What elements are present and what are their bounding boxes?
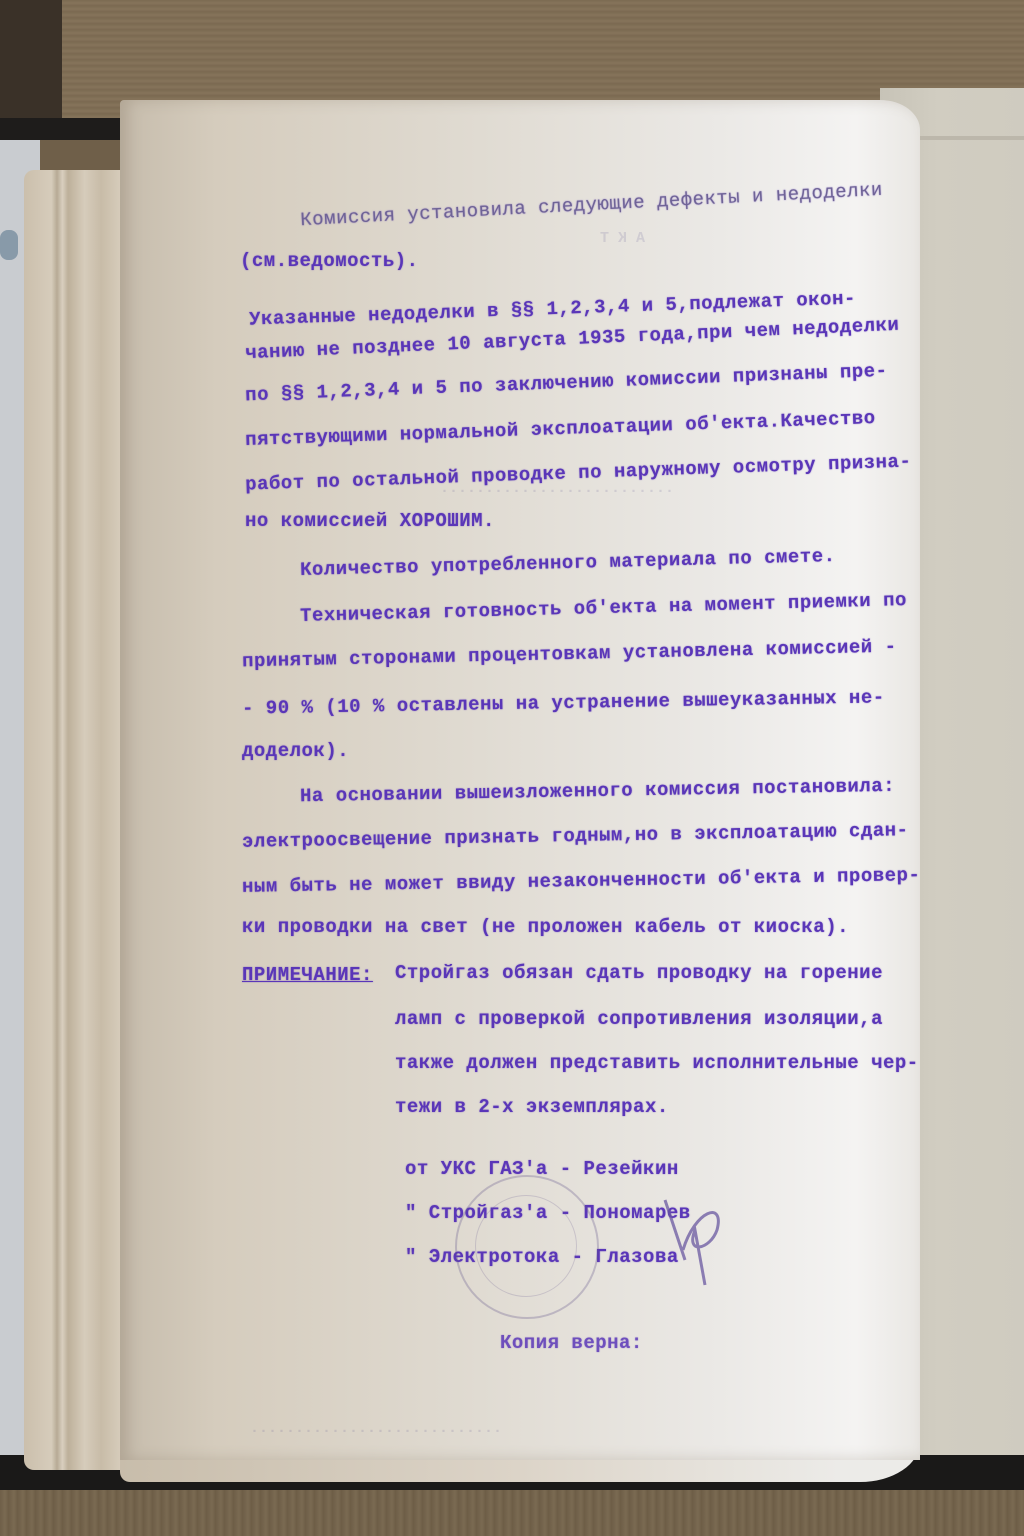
note-line: также должен представить исполнительные …	[395, 1052, 919, 1074]
bleed-through-heading: А К Т	[600, 230, 645, 247]
text-line: ным быть не может ввиду незаконченности …	[242, 864, 921, 898]
page-stack	[24, 170, 134, 1470]
text-line: электроосвещение признать годным,но в эк…	[242, 819, 909, 853]
text-line: по §§ 1,2,3,4 и 5 по заключению комиссии…	[245, 360, 888, 407]
note-line: тежи в 2-х экземплярах.	[395, 1096, 669, 1118]
round-stamp-icon	[455, 1175, 599, 1319]
signature-icon	[655, 1190, 735, 1290]
cover-mark	[0, 230, 18, 260]
text-line: доделок).	[242, 740, 349, 762]
note-line: ламп с проверкой сопротивления изоляции,…	[395, 1008, 883, 1030]
note-label: ПРИМЕЧАНИЕ:	[242, 964, 373, 986]
note-line: Стройгаз обязан сдать проводку на горени…	[395, 962, 883, 984]
stamp-inner-ring	[475, 1195, 577, 1297]
text-line: Количество употребленного материала по с…	[300, 545, 836, 581]
text-line: Комиссия установила следующие дефекты и …	[300, 179, 884, 231]
shadow-corner	[0, 0, 62, 122]
table-surface	[0, 1490, 1024, 1536]
text-line: принятым сторонами процентовкам установл…	[242, 636, 897, 673]
certification-text: Копия верна:	[500, 1332, 643, 1354]
text-line: (см.ведомость).	[240, 250, 419, 272]
bleed-through-text: ............................	[250, 1420, 502, 1437]
text-line: На основании вышеизложенного комиссия по…	[300, 775, 895, 807]
text-line: но комиссией ХОРОШИМ.	[245, 510, 495, 532]
text-line: - 90 % (10 % оставлены на устранение выш…	[242, 686, 885, 719]
text-line: Техническая готовность об'екта на момент…	[300, 589, 907, 627]
text-line: пятствующими нормальной эксплоатации об'…	[245, 407, 876, 451]
text-line: ки проводки на свет (не проложен кабель …	[242, 916, 849, 938]
